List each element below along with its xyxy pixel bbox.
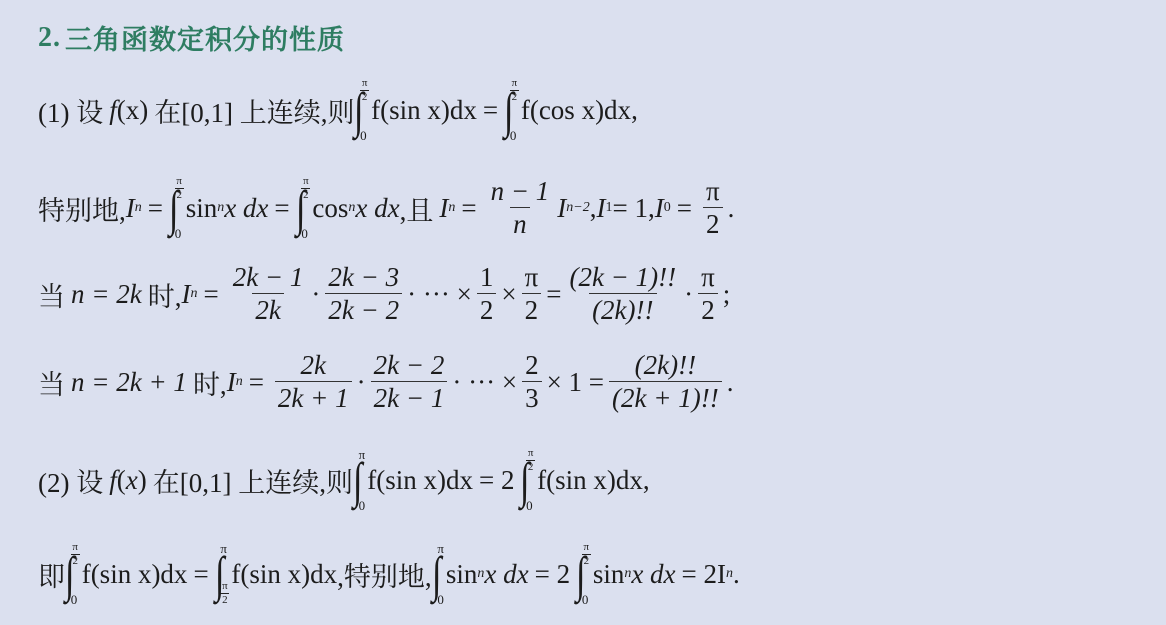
label-text: (1) 设 <box>38 91 103 130</box>
symmetry-result: 即 ∫π20 f(sin x)dx = ∫ππ2 f(sin x)dx ,特别地… <box>38 542 740 606</box>
conjunction: ,且 <box>400 189 434 228</box>
odd-case: 当 n = 2k + 1 时, In= 2k2k + 1· 2k − 22k −… <box>38 350 733 414</box>
integral: ∫π20 <box>298 176 311 240</box>
arg: (x) <box>117 95 148 126</box>
integrand: f(cos x)dx <box>521 95 631 126</box>
even-case: 当 n = 2k 时, In= 2k − 12k· 2k − 32k − 2 ·… <box>38 262 730 326</box>
integrand: f(sin x)dx <box>371 95 477 126</box>
func-f: f <box>109 95 117 126</box>
special-case-In: 特别地, In = ∫π20 sinnx dx = ∫π20 cosnx dx … <box>38 176 734 240</box>
property-1-statement: (1) 设 f(x) 在[0,1] 上连续,则 ∫π20 f(sin x)dx … <box>38 78 638 142</box>
heading-text: 三角函数定积分的性质 <box>65 18 345 57</box>
label-text: 特别地, <box>38 189 126 228</box>
punct: , <box>631 95 638 126</box>
recurrence-fraction: n − 1n <box>488 176 553 240</box>
heading-number: 2. <box>38 22 61 54</box>
equals: = <box>483 95 498 126</box>
section-heading: 2. 三角函数定积分的性质 <box>38 18 345 57</box>
condition-text: 在[0,1] 上连续,则 <box>154 91 354 130</box>
integral: ∫π20 <box>506 78 519 142</box>
integral: ∫π20 <box>171 176 184 240</box>
integral: ∫π20 <box>356 78 369 142</box>
property-2-statement: (2) 设 f(x) 在[0,1] 上连续,则 ∫π0 f(sin x)dx =… <box>38 448 650 512</box>
